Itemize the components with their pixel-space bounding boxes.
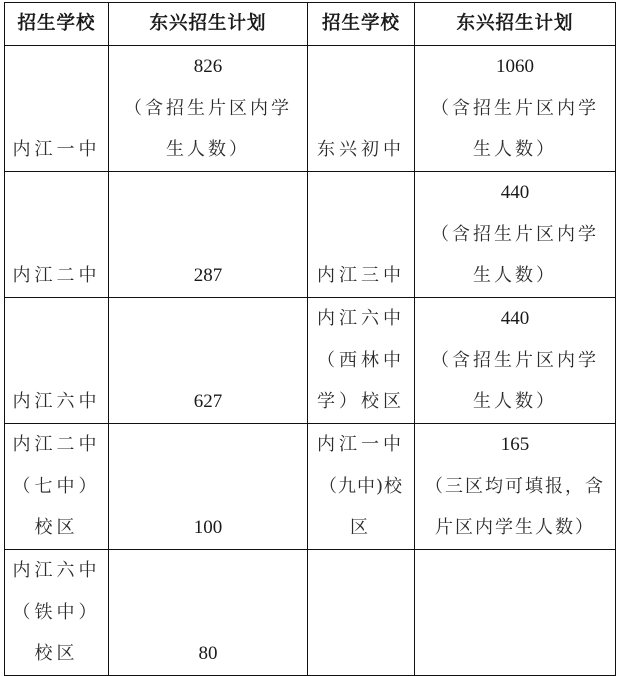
plan-note: （含招生片区内学 [415,340,615,382]
plan-cell: 165 （三区均可填报，含 片区内学生人数） [415,423,616,549]
plan-count: 100 [109,507,307,549]
plan-note: 生人数） [415,129,615,171]
school-cell: 内江二中 （七中） 校区 [5,423,109,549]
enrollment-plan-table: 招生学校 东兴招生计划 招生学校 东兴招生计划 内江一中 826 （含招生片区内… [4,2,616,676]
plan-note: 生人数） [415,381,615,423]
plan-cell: 826 （含招生片区内学 生人数） [109,45,308,171]
plan-count: 627 [109,381,307,423]
plan-cell: 1060 （含招生片区内学 生人数） [415,45,616,171]
header-row: 招生学校 东兴招生计划 招生学校 东兴招生计划 [5,3,616,46]
table-row: 内江六中 （铁中） 校区 80 [5,549,616,675]
plan-count: 287 [109,255,307,297]
plan-note: （三区均可填报，含 [415,466,615,508]
school-name: 内江二中 [5,424,108,466]
school-name: 内江三中 [308,255,414,297]
plan-cell: 100 [109,423,308,549]
school-name: 校区 [5,507,108,549]
header-plan-2: 东兴招生计划 [415,3,616,46]
school-name: 区 [308,507,414,549]
plan-cell: 287 [109,171,308,297]
plan-cell: 80 [109,549,308,675]
header-school-1: 招生学校 [5,3,109,46]
school-name: （铁中） [5,592,108,634]
plan-cell: 440 （含招生片区内学 生人数） [415,297,616,423]
plan-count: 440 [415,172,615,214]
table-row: 内江一中 826 （含招生片区内学 生人数） 东兴初中 1060 （含招生片区内… [5,45,616,171]
school-cell: 东兴初中 [308,45,415,171]
plan-note: （含招生片区内学 [415,214,615,256]
plan-note: 生人数） [109,129,307,171]
plan-note: （含招生片区内学 [109,88,307,130]
plan-cell: 440 （含招生片区内学 生人数） [415,171,616,297]
school-name: 学）校区 [308,381,414,423]
school-name: 内江一中 [5,129,108,171]
school-cell: 内江六中 [5,297,109,423]
empty-cell [415,549,616,675]
school-name: 校区 [5,633,108,675]
school-cell: 内江二中 [5,171,109,297]
school-name: 内江六中 [308,298,414,340]
school-name: 内江六中 [5,381,108,423]
plan-note: （含招生片区内学 [415,88,615,130]
school-cell: 内江一中 （九中)校 区 [308,423,415,549]
empty-cell [308,549,415,675]
header-plan-1: 东兴招生计划 [109,3,308,46]
school-cell: 内江一中 [5,45,109,171]
plan-note: 片区内学生人数） [415,507,615,549]
header-school-2: 招生学校 [308,3,415,46]
table-row: 内江二中 （七中） 校区 100 内江一中 （九中)校 区 165 （三区均可填… [5,423,616,549]
plan-count: 826 [109,46,307,88]
school-name: （九中)校 [308,466,414,508]
plan-count: 80 [109,633,307,675]
school-cell: 内江三中 [308,171,415,297]
school-name: 内江二中 [5,255,108,297]
plan-count: 440 [415,298,615,340]
school-cell: 内江六中 （西林中 学）校区 [308,297,415,423]
table-row: 内江二中 287 内江三中 440 （含招生片区内学 生人数） [5,171,616,297]
plan-count: 165 [415,424,615,466]
school-name: （西林中 [308,340,414,382]
plan-note: 生人数） [415,255,615,297]
plan-cell: 627 [109,297,308,423]
school-cell: 内江六中 （铁中） 校区 [5,549,109,675]
school-name: （七中） [5,466,108,508]
table-row: 内江六中 627 内江六中 （西林中 学）校区 440 （含招生片区内学 生人数… [5,297,616,423]
school-name: 内江六中 [5,550,108,592]
school-name: 内江一中 [308,424,414,466]
school-name: 东兴初中 [308,129,414,171]
plan-count: 1060 [415,46,615,88]
